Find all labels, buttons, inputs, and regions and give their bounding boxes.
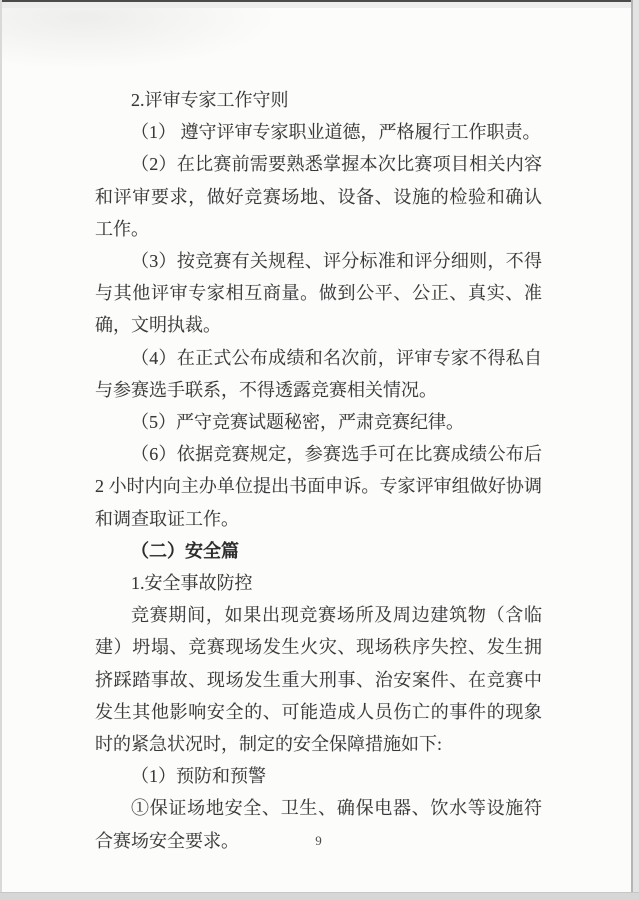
paragraph-safety-prevention-heading: 1.安全事故防控: [95, 567, 542, 599]
paragraph-rule-4: （4）在正式公布成绩和名次前，评审专家不得私自与参赛选手联系，不得透露竞赛相关情…: [95, 342, 542, 406]
document-body: 2.评审专家工作守则 （1） 遵守评审专家职业道德，严格履行工作职责。 （2）在…: [95, 84, 542, 857]
scan-shading-artifact: [0, 0, 280, 70]
paragraph-rule-1: （1） 遵守评审专家职业道德，严格履行工作职责。: [95, 116, 542, 148]
paragraph-expert-rules-heading: 2.评审专家工作守则: [95, 84, 542, 116]
paragraph-rule-5: （5）严守竞赛试题秘密，严肃竞赛纪律。: [95, 406, 542, 438]
scan-edge-bottom: [0, 892, 639, 900]
paragraph-safety-intro: 竞赛期间，如果出现竞赛场所及周边建筑物（含临建）坍塌、竞赛现场发生火灾、现场秩序…: [95, 599, 542, 760]
scan-edge-left: [0, 0, 2, 900]
paragraph-prevention-warning-heading: （1）预防和预警: [95, 760, 542, 792]
scan-edge-right-strip: [633, 0, 639, 900]
paragraph-rule-2: （2）在比赛前需要熟悉掌握本次比赛项目相关内容和评审要求，做好竞赛场地、设备、设…: [95, 148, 542, 245]
page-number: 9: [95, 833, 542, 849]
section-heading-safety: （二）安全篇: [95, 535, 542, 567]
paragraph-rule-3: （3）按竞赛有关规程、评分标准和评分细则，不得与其他评审专家相互商量。做到公平、…: [95, 245, 542, 342]
scan-edge-top-band: [0, 2, 639, 8]
paragraph-rule-6: （6）依据竞赛规定，参赛选手可在比赛成绩公布后 2 小时内向主办单位提出书面申诉…: [95, 438, 542, 535]
scanned-document-page: 2.评审专家工作守则 （1） 遵守评审专家职业道德，严格履行工作职责。 （2）在…: [0, 0, 639, 900]
